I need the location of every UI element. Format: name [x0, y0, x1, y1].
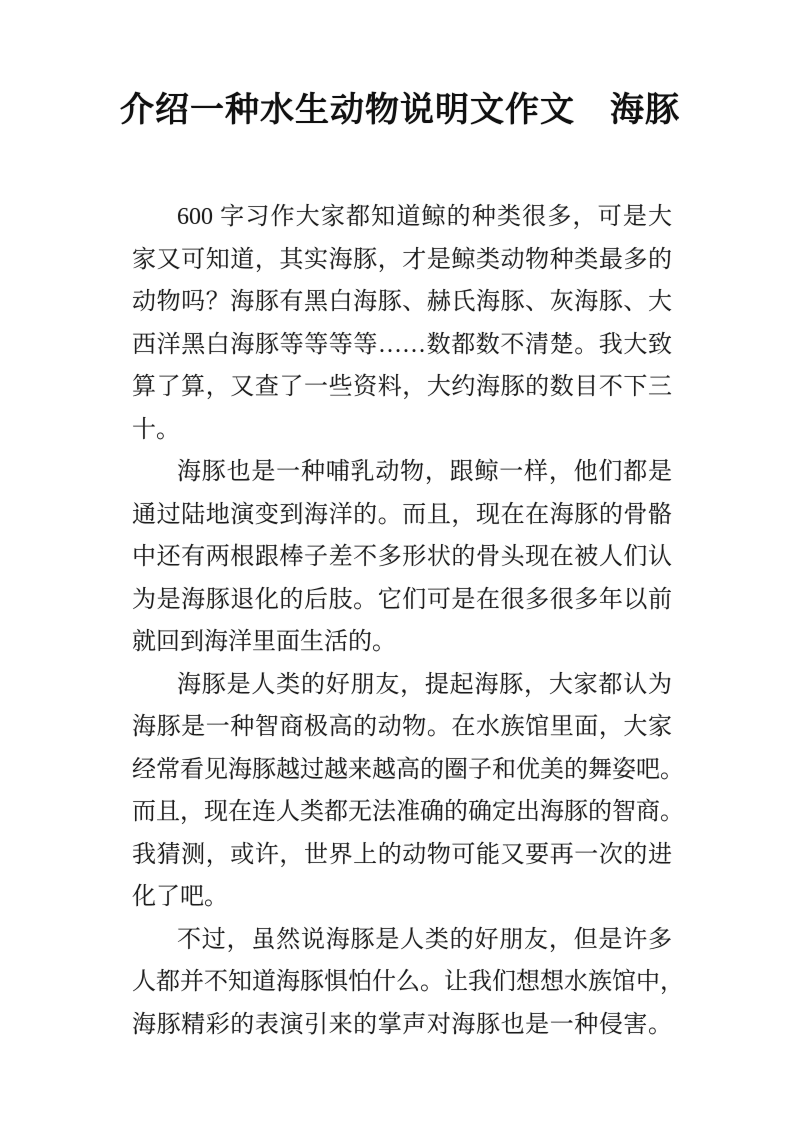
text-line: 就回到海洋里面生活的。 — [132, 621, 672, 664]
text-line: 海豚是人类的好朋友，提起海豚，大家都认为 — [132, 664, 672, 707]
text-line: 通过陆地演变到海洋的。而且，现在在海豚的骨骼 — [132, 494, 672, 537]
text-line: 经常看见海豚越过越来越高的圈子和优美的舞姿吧。 — [132, 749, 672, 792]
document-body: 600 字习作大家都知道鲸的种类很多，可是大 家又可知道，其实海豚，才是鲸类动物… — [132, 196, 672, 1046]
text-line: 我猜测，或许，世界上的动物可能又要再一次的进 — [132, 834, 672, 877]
text-line: 动物吗？海豚有黑白海豚、赫氏海豚、灰海豚、大 — [132, 281, 672, 324]
text-line: 中还有两根跟棒子差不多形状的骨头现在被人们认 — [132, 536, 672, 579]
paragraph-1: 600 字习作大家都知道鲸的种类很多，可是大 家又可知道，其实海豚，才是鲸类动物… — [132, 196, 672, 451]
text-line: 家又可知道，其实海豚，才是鲸类动物种类最多的 — [132, 239, 672, 282]
text-line: 600 字习作大家都知道鲸的种类很多，可是大 — [132, 196, 672, 239]
text-line: 海豚精彩的表演引来的掌声对海豚也是一种侵害。 — [132, 1004, 672, 1047]
document-page: 介绍一种水生动物说明文作文 海豚 600 字习作大家都知道鲸的种类很多，可是大 … — [0, 0, 800, 1132]
document-title: 介绍一种水生动物说明文作文 海豚 — [0, 86, 800, 134]
text-line: 十。 — [132, 409, 672, 452]
text-line: 西洋黑白海豚等等等等……数都数不清楚。我大致 — [132, 324, 672, 367]
text-line: 而且，现在连人类都无法准确的确定出海豚的智商。 — [132, 791, 672, 834]
text-line: 人都并不知道海豚惧怕什么。让我们想想水族馆中， — [132, 961, 672, 1004]
text-line: 不过，虽然说海豚是人类的好朋友，但是许多 — [132, 919, 672, 962]
text-line: 海豚也是一种哺乳动物，跟鲸一样，他们都是 — [132, 451, 672, 494]
paragraph-3: 海豚是人类的好朋友，提起海豚，大家都认为 海豚是一种智商极高的动物。在水族馆里面… — [132, 664, 672, 919]
text-line: 算了算，又查了一些资料，大约海豚的数目不下三 — [132, 366, 672, 409]
paragraph-2: 海豚也是一种哺乳动物，跟鲸一样，他们都是 通过陆地演变到海洋的。而且，现在在海豚… — [132, 451, 672, 664]
text-line: 海豚是一种智商极高的动物。在水族馆里面，大家 — [132, 706, 672, 749]
text-line: 化了吧。 — [132, 876, 672, 919]
paragraph-4: 不过，虽然说海豚是人类的好朋友，但是许多 人都并不知道海豚惧怕什么。让我们想想水… — [132, 919, 672, 1047]
text-line: 为是海豚退化的后肢。它们可是在很多很多年以前 — [132, 579, 672, 622]
